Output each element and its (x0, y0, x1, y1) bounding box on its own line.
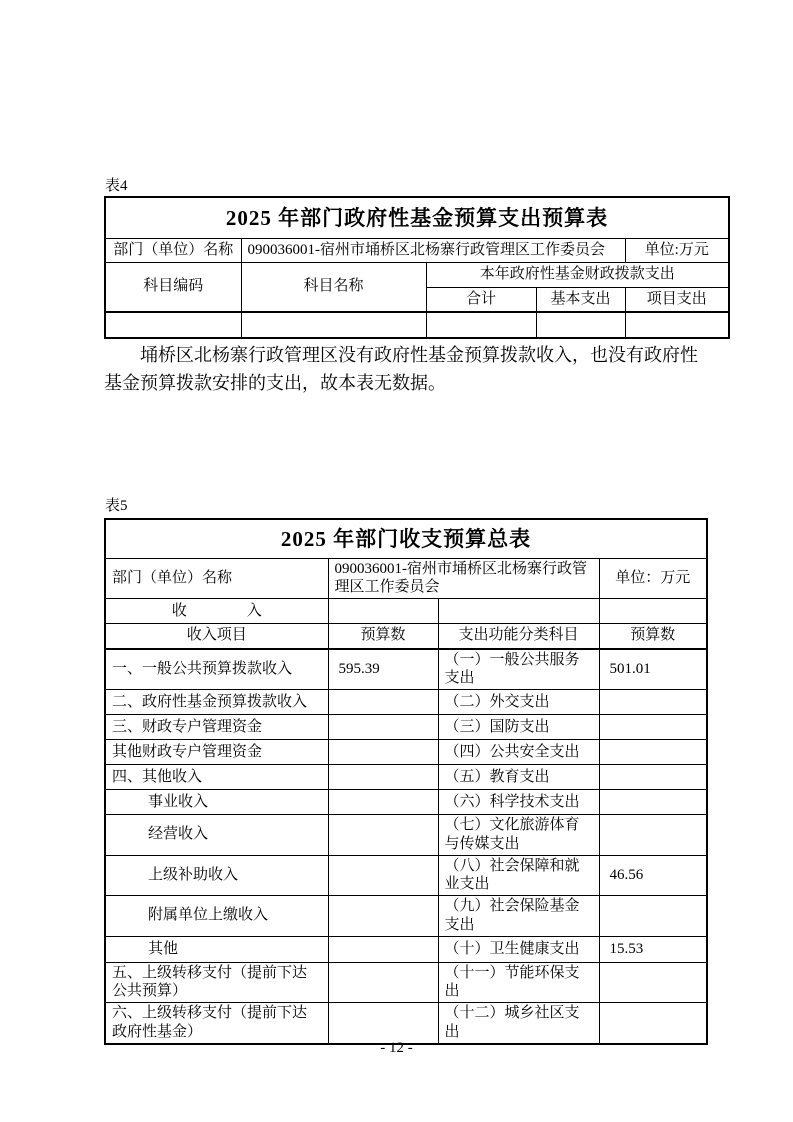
table4-col-project: 项目支出 (625, 287, 729, 312)
table5-dept-label: 部门（单位）名称 (105, 558, 328, 599)
table4-note-paragraph: 埇桥区北杨寨行政管理区没有政府性基金预算拨款收入，也没有政府性基金预算拨款安排的… (104, 342, 698, 397)
income-budget-cell (328, 815, 438, 856)
table-row: 五、上级转移支付（提前下达公共预算） （十一）节能环保支出 (105, 962, 707, 1003)
income-item-cell: 附属单位上缴收入 (105, 896, 328, 937)
income-budget-cell (328, 1003, 438, 1044)
expense-budget-cell (599, 815, 707, 856)
income-item-cell: 三、财政专户管理资金 (105, 715, 328, 740)
table4-col-total: 合计 (426, 287, 536, 312)
table-row: 其他 （十）卫生健康支出 15.53 (105, 936, 707, 962)
expense-item-cell: （六）科学技术支出 (438, 790, 599, 815)
expense-item-cell: （十）卫生健康支出 (438, 936, 599, 962)
income-item-cell: 其他财政专户管理资金 (105, 740, 328, 765)
table5-income-section-header: 收 入 (105, 599, 328, 624)
table4-unit-label: 单位:万元 (625, 238, 729, 262)
expense-budget-cell (599, 896, 707, 937)
empty-cell (241, 312, 426, 338)
expense-budget-cell (599, 790, 707, 815)
empty-cell (438, 599, 599, 624)
expense-budget-cell (599, 765, 707, 790)
table5-label: 表5 (105, 497, 128, 515)
expense-item-cell: （十一）节能环保支出 (438, 962, 599, 1003)
expense-item-cell: （三）国防支出 (438, 715, 599, 740)
table-row: 事业收入 （六）科学技术支出 (105, 790, 707, 815)
income-budget-cell (328, 896, 438, 937)
table-row: 一、一般公共预算拨款收入 595.39 （一）一般公共服务支出 501.01 (105, 649, 707, 690)
table-row: 其他财政专户管理资金 （四）公共安全支出 (105, 740, 707, 765)
income-item-cell: 其他 (105, 936, 328, 962)
empty-cell (625, 312, 729, 338)
income-budget-cell (328, 855, 438, 896)
document-page: 表4 2025 年部门政府性基金预算支出预算表 部门（单位）名称 0900360… (0, 0, 793, 1122)
income-item-cell: 经营收入 (105, 815, 328, 856)
expense-item-cell: （五）教育支出 (438, 765, 599, 790)
table5-header-expense-item: 支出功能分类科目 (438, 624, 599, 649)
empty-cell (105, 312, 241, 338)
table5-title: 2025 年部门收支预算总表 (105, 519, 707, 558)
income-budget-cell (328, 765, 438, 790)
table4-col-subject-code: 科目编码 (105, 262, 241, 312)
table4-group-header: 本年政府性基金财政拨款支出 (426, 262, 729, 287)
income-budget-cell (328, 936, 438, 962)
income-item-cell: 五、上级转移支付（提前下达公共预算） (105, 962, 328, 1003)
income-budget-cell: 595.39 (328, 649, 438, 690)
income-item-cell: 四、其他收入 (105, 765, 328, 790)
empty-cell (536, 312, 625, 338)
income-budget-cell (328, 962, 438, 1003)
expense-item-cell: （七）文化旅游体育与传媒支出 (438, 815, 599, 856)
table4-col-basic: 基本支出 (536, 287, 625, 312)
income-item-cell: 二、政府性基金预算拨款收入 (105, 690, 328, 715)
income-budget-cell (328, 690, 438, 715)
income-item-cell: 上级补助收入 (105, 855, 328, 896)
table4-col-subject-name: 科目名称 (241, 262, 426, 312)
table-row: 二、政府性基金预算拨款收入 （二）外交支出 (105, 690, 707, 715)
table4-title: 2025 年部门政府性基金预算支出预算表 (105, 197, 729, 238)
income-budget-cell (328, 740, 438, 765)
table-row: 四、其他收入 （五）教育支出 (105, 765, 707, 790)
expense-item-cell: （九）社会保险基金支出 (438, 896, 599, 937)
table5-dept-value: 090036001-宿州市埇桥区北杨寨行政管理区工作委员会 (328, 558, 599, 599)
table4-dept-label: 部门（单位）名称 (105, 238, 241, 262)
expense-item-cell: （四）公共安全支出 (438, 740, 599, 765)
expense-item-cell: （二）外交支出 (438, 690, 599, 715)
expense-item-cell: （八）社会保障和就业支出 (438, 855, 599, 896)
table4-label: 表4 (105, 177, 128, 195)
table4-gov-fund-budget: 2025 年部门政府性基金预算支出预算表 部门（单位）名称 090036001-… (104, 196, 730, 339)
table5-header-budget2: 预算数 (599, 624, 707, 649)
table4-dept-value: 090036001-宿州市埇桥区北杨寨行政管理区工作委员会 (241, 238, 625, 262)
empty-cell (599, 599, 707, 624)
table-row: 六、上级转移支付（提前下达政府性基金） （十二）城乡社区支出 (105, 1003, 707, 1044)
income-item-cell: 六、上级转移支付（提前下达政府性基金） (105, 1003, 328, 1044)
table-row: 附属单位上缴收入 （九）社会保险基金支出 (105, 896, 707, 937)
table5-revenue-expenditure-summary: 2025 年部门收支预算总表 部门（单位）名称 090036001-宿州市埇桥区… (104, 518, 708, 1045)
income-item-cell: 事业收入 (105, 790, 328, 815)
page-number: - 12 - (0, 1040, 793, 1057)
expense-budget-cell (599, 715, 707, 740)
expense-budget-cell: 501.01 (599, 649, 707, 690)
income-budget-cell (328, 715, 438, 740)
expense-item-cell: （十二）城乡社区支出 (438, 1003, 599, 1044)
table5-header-income-item: 收入项目 (105, 624, 328, 649)
table-row: 三、财政专户管理资金 （三）国防支出 (105, 715, 707, 740)
table-row: 上级补助收入 （八）社会保障和就业支出 46.56 (105, 855, 707, 896)
empty-cell (328, 599, 438, 624)
expense-budget-cell (599, 690, 707, 715)
expense-budget-cell (599, 962, 707, 1003)
expense-budget-cell (599, 1003, 707, 1044)
table5-header-budget1: 预算数 (328, 624, 438, 649)
table-row: 经营收入 （七）文化旅游体育与传媒支出 (105, 815, 707, 856)
income-budget-cell (328, 790, 438, 815)
income-item-cell: 一、一般公共预算拨款收入 (105, 649, 328, 690)
expense-budget-cell: 15.53 (599, 936, 707, 962)
expense-item-cell: （一）一般公共服务支出 (438, 649, 599, 690)
empty-cell (426, 312, 536, 338)
expense-budget-cell (599, 740, 707, 765)
expense-budget-cell: 46.56 (599, 855, 707, 896)
table5-unit-label: 单位：万元 (599, 558, 707, 599)
